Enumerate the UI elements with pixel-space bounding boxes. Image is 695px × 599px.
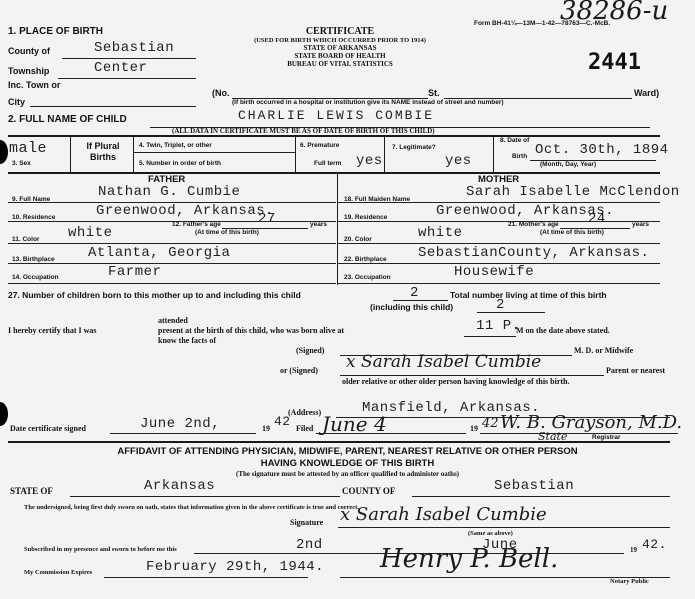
sex-value: male [9,140,47,157]
year-prefix-filed: 19 [470,424,478,433]
children-living-value: 2 [496,297,505,313]
legitimate-value: yes [445,153,472,169]
affidavit-state-value: Arkansas [144,478,215,494]
affidavit-county-label: COUNTY OF [342,486,395,496]
ward-label: Ward) [634,88,659,98]
parent-label: Parent or nearest [606,366,665,375]
mother-birthplace-value: SebastianCounty, Arkansas. [418,245,649,261]
year-prefix-signed: 19 [262,424,270,433]
father-age-unit: years [310,221,327,228]
dob-value: Oct. 30th, 1894 [535,142,669,158]
mother-residence-label: 19. Residence [344,214,387,221]
commission-value: February 29th, 1944. [146,559,324,575]
relative-note: older relative or other older person hav… [342,377,672,387]
affidavit-signature-label: Signature [290,518,323,527]
father-age-note: (At time of this birth) [195,229,259,236]
father-color-value: white [68,225,113,241]
dob-label-top: 8. Date of [500,137,529,144]
sex-label: 3. Sex [12,160,31,167]
township-value: Center [94,60,147,76]
father-occupation-label: 14. Occupation [12,274,59,281]
signed-label: (Signed) [296,346,324,355]
county-label: County of [8,46,50,56]
mother-occupation-value: Housewife [454,264,534,280]
legitimate-label: 7. Legitimate? [392,144,436,151]
affidavit-signature: x Sarah Isabel Cumbie [340,504,547,525]
children-born-value: 2 [410,285,419,301]
hospital-note: (If birth occurred in a hospital or inst… [232,99,504,106]
child-name-value: CHARLIE LEWIS COMBIE [238,108,434,123]
inc-town-label: Inc. Town or [8,80,60,90]
mother-age-label: 21. Mother's age [508,221,559,228]
board-name: STATE BOARD OF HEALTH [210,52,470,60]
full-term-label: Full term [314,160,341,167]
md-midwife-label: M. D. or Midwife [574,346,633,355]
children-born-label: 27. Number of children born to this moth… [8,290,301,300]
bureau-name: BUREAU OF VITAL STATISTICS [210,60,470,68]
place-of-birth-heading: 1. PLACE OF BIRTH [8,26,103,37]
certificate-number: 2441 [588,50,641,75]
certificate-subtitle: (USED FOR BIRTH WHICH OCCURRED PRIOR TO … [210,37,470,44]
plural-births-label: If Plural Births [80,141,126,163]
sworn-year-prefix: 19 [630,546,637,554]
mother-color-label: 20. Color [344,236,372,243]
form-code: Form BH-41¼—13M—1-42—78763—C.-McB. [474,20,610,27]
data-note: (ALL DATA IN CERTIFICATE MUST BE AS OF D… [172,127,435,135]
notary-signature: Henry P. Bell. [380,544,558,574]
oath-text: The undersigned, being first duly sworn … [24,504,359,511]
punch-hole-bottom [0,402,8,426]
filed-label: Filed [296,424,313,433]
birth-time-value: 11 P. [476,318,521,334]
date-signed-label: Date certificate signed [10,424,86,433]
title-block: CERTIFICATE (USED FOR BIRTH WHICH OCCURR… [210,26,470,68]
father-age-value: 27 [258,211,276,227]
including-child-label: (including this child) [370,302,453,312]
mother-age-unit: years [632,221,649,228]
certify-statement-a: I hereby certify that I was [8,326,97,335]
child-name-label: 2. FULL NAME OF CHILD [8,114,127,125]
street-no-label: (No. [212,88,230,98]
sworn-year-value: 42. [642,537,667,552]
affidavit-state-label: STATE OF [10,486,53,496]
attended-option: attended [158,316,188,325]
certificate-title: CERTIFICATE [210,26,470,37]
know-facts-option: know the facts of [158,336,216,345]
notary-public-label: Notary Public [610,578,649,585]
father-occupation-value: Farmer [108,264,161,280]
same-as-above-note: (Same as above) [468,530,513,537]
twin-label: 4. Twin, Triplet, or other [139,142,212,149]
city-label: City [8,97,25,107]
date-signed-value: June 2nd, [140,416,220,432]
father-residence-label: 10. Residence [12,214,55,221]
street-label: St. [428,88,440,98]
registrar-signature: W. B. Grayson, M.D. [500,412,682,433]
or-signed-label: or (Signed) [280,366,318,375]
mother-occupation-label: 23. Occupation [344,274,391,281]
affidavit-note: (The signature must be attested by an of… [0,470,695,478]
full-term-value: yes [356,153,383,169]
mother-name-value: Sarah Isabelle McClendon [466,184,680,200]
mother-age-value: 24 [588,211,606,227]
township-label: Township [8,66,49,76]
certify-statement-c: M on the date above stated. [516,326,610,335]
address-label: (Address) [288,408,321,417]
father-residence-value: Greenwood, Arkansas. [96,203,274,219]
year-filed-value: 42 [482,416,499,431]
order-label: 5. Number in order of birth [139,160,221,167]
father-birthplace-label: 13. Birthplace [12,256,55,263]
premature-label: 6. Premature [300,142,339,149]
state-name: STATE OF ARKANSAS [210,44,470,52]
commission-label: My Commission Expires [24,569,92,576]
registrar-label: Registrar [592,434,621,441]
mother-age-note: (At time of this birth) [540,229,604,236]
mother-birthplace-label: 22. Birthplace [344,256,387,263]
year-signed-value: 42 [274,414,291,429]
certify-statement-b: present at the birth of this child, who … [158,326,344,335]
punch-hole-top [0,140,8,164]
father-birthplace-value: Atlanta, Georgia [88,245,230,261]
county-value: Sebastian [94,40,174,56]
dob-hint: (Month, Day, Year) [540,161,596,168]
sworn-day-value: 2nd [296,537,323,553]
children-living-label: Total number living at time of this birt… [450,290,607,300]
filed-date-value: June 4 [322,412,387,436]
dob-label: Birth [512,153,527,160]
subscribed-label: Subscribed in my presence and sworn to b… [24,546,177,553]
affidavit-heading-1: AFFIDAVIT OF ATTENDING PHYSICIAN, MIDWIF… [0,446,695,457]
mother-color-value: white [418,225,463,241]
affidavit-heading-2: HAVING KNOWLEDGE OF THIS BIRTH [0,458,695,469]
father-name-value: Nathan G. Cumbie [98,184,240,200]
parent-signature: x Sarah Isabel Cumbie [346,352,541,372]
father-age-label: 12. Father's age [172,221,221,228]
father-color-label: 11. Color [12,236,39,243]
affidavit-county-value: Sebastian [494,478,574,494]
